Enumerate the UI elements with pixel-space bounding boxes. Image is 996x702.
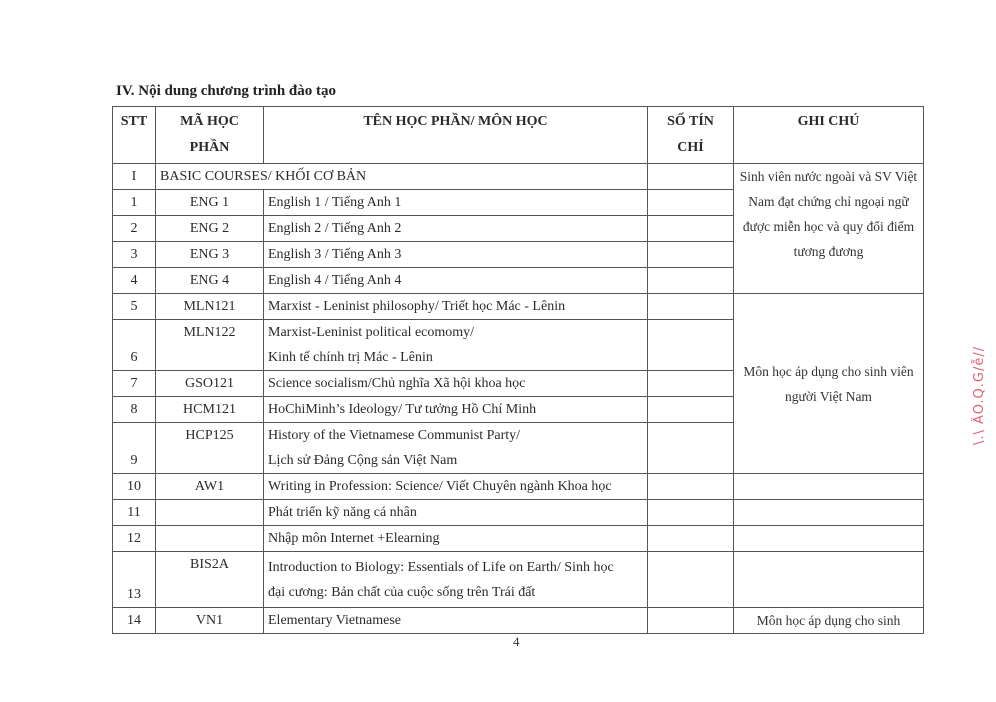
row-credits — [648, 526, 734, 552]
page-number: 4 — [513, 634, 520, 650]
row-credits — [648, 423, 734, 474]
note-language-exemption: Sinh viên nước ngoài và SV Việt Nam đạt … — [734, 164, 924, 294]
row-name: Science socialism/Chủ nghĩa Xã hội khoa … — [264, 371, 648, 397]
row-stt: 12 — [113, 526, 156, 552]
header-course-code-line1: MÃ HỌC — [180, 114, 239, 129]
row-note — [734, 474, 924, 500]
row-code: AW1 — [156, 474, 264, 500]
row-credits — [648, 294, 734, 320]
row-name: Introduction to Biology: Essentials of L… — [264, 552, 648, 608]
table-row: 11 Phát triển kỹ năng cá nhân — [113, 500, 924, 526]
row-name: Elementary Vietnamese — [264, 608, 648, 634]
row-name-line2: Kinh tế chính trị Mác - Lênin — [268, 350, 433, 365]
row-code: MLN122 — [156, 320, 264, 371]
group-stt: I — [113, 164, 156, 190]
row-name-line2: đại cương: Bản chất của cuộc sống trên T… — [268, 585, 535, 600]
table-row: 5 MLN121 Marxist - Leninist philosophy/ … — [113, 294, 924, 320]
header-stt: STT — [113, 107, 156, 164]
row-code: BIS2A — [156, 552, 264, 608]
row-stt: 5 — [113, 294, 156, 320]
row-code: ENG 1 — [156, 190, 264, 216]
row-stt: 11 — [113, 500, 156, 526]
row-name: Marxist - Leninist philosophy/ Triết học… — [264, 294, 648, 320]
header-credits-line2: CHỈ — [677, 140, 703, 155]
row-name-line1: Marxist-Leninist political ecomomy/ — [268, 325, 474, 340]
credits-cell — [648, 164, 734, 190]
group-title: BASIC COURSES/ KHỐI CƠ BẢN — [156, 164, 648, 190]
table-row: 14 VN1 Elementary Vietnamese Môn học áp … — [113, 608, 924, 634]
row-name: History of the Vietnamese Communist Part… — [264, 423, 648, 474]
row-stt: 10 — [113, 474, 156, 500]
row-credits — [648, 320, 734, 371]
row-code: HCM121 — [156, 397, 264, 423]
header-credits: SỐ TÍN CHỈ — [648, 107, 734, 164]
row-note — [734, 552, 924, 608]
row-stt: 14 — [113, 608, 156, 634]
header-course-name: TÊN HỌC PHẦN/ MÔN HỌC — [264, 107, 648, 164]
row-credits — [648, 216, 734, 242]
row-code: ENG 3 — [156, 242, 264, 268]
row-code: VN1 — [156, 608, 264, 634]
curriculum-table: STT MÃ HỌC PHẦN TÊN HỌC PHẦN/ MÔN HỌC SỐ… — [112, 106, 924, 634]
row-stt: 6 — [113, 320, 156, 371]
row-name: Writing in Profession: Science/ Viết Chu… — [264, 474, 648, 500]
header-course-code: MÃ HỌC PHẦN — [156, 107, 264, 164]
row-stt: 7 — [113, 371, 156, 397]
row-credits — [648, 500, 734, 526]
row-name: Phát triển kỹ năng cá nhân — [264, 500, 648, 526]
table-header-row: STT MÃ HỌC PHẦN TÊN HỌC PHẦN/ MÔN HỌC SỐ… — [113, 107, 924, 164]
row-credits — [648, 190, 734, 216]
group-row: I BASIC COURSES/ KHỐI CƠ BẢN Sinh viên n… — [113, 164, 924, 190]
row-note — [734, 526, 924, 552]
row-code: HCP125 — [156, 423, 264, 474]
row-stt: 2 — [113, 216, 156, 242]
table-row: 10 AW1 Writing in Profession: Science/ V… — [113, 474, 924, 500]
row-name: Marxist-Leninist political ecomomy/ Kinh… — [264, 320, 648, 371]
row-note — [734, 500, 924, 526]
row-name: HoChiMinh’s Ideology/ Tư tưởng Hồ Chí Mi… — [264, 397, 648, 423]
table-row: 13 BIS2A Introduction to Biology: Essent… — [113, 552, 924, 608]
row-credits — [648, 552, 734, 608]
row-code: MLN121 — [156, 294, 264, 320]
row-credits — [648, 474, 734, 500]
header-course-code-line2: PHẦN — [190, 140, 230, 155]
row-stt: 1 — [113, 190, 156, 216]
red-stamp-mark: \.\ ÂO.Q.G/ễ// — [972, 335, 994, 445]
row-name: English 3 / Tiếng Anh 3 — [264, 242, 648, 268]
row-code: ENG 2 — [156, 216, 264, 242]
row-stt: 3 — [113, 242, 156, 268]
row-name-line1: History of the Vietnamese Communist Part… — [268, 428, 520, 443]
row-credits — [648, 268, 734, 294]
row-name: English 2 / Tiếng Anh 2 — [264, 216, 648, 242]
header-notes: GHI CHÚ — [734, 107, 924, 164]
row-code — [156, 526, 264, 552]
row-stt: 9 — [113, 423, 156, 474]
row-stt: 13 — [113, 552, 156, 608]
row-code: ENG 4 — [156, 268, 264, 294]
note-vietnamese-students: Môn học áp dụng cho sinh viên người Việt… — [734, 294, 924, 474]
row-credits — [648, 608, 734, 634]
row-credits — [648, 242, 734, 268]
row-stt: 4 — [113, 268, 156, 294]
header-credits-line1: SỐ TÍN — [667, 114, 714, 129]
row-code — [156, 500, 264, 526]
row-name-line2: Lịch sử Đảng Cộng sản Việt Nam — [268, 453, 457, 468]
row-name-line1: Introduction to Biology: Essentials of L… — [268, 560, 614, 575]
row-stt: 8 — [113, 397, 156, 423]
row-credits — [648, 371, 734, 397]
row-name: Nhập môn Internet +Elearning — [264, 526, 648, 552]
table-row: 12 Nhập môn Internet +Elearning — [113, 526, 924, 552]
row-name: English 4 / Tiếng Anh 4 — [264, 268, 648, 294]
row-credits — [648, 397, 734, 423]
section-title: IV. Nội dung chương trình đào tạo — [116, 83, 336, 100]
row-code: GSO121 — [156, 371, 264, 397]
row-note: Môn học áp dụng cho sinh — [734, 608, 924, 634]
row-name: English 1 / Tiếng Anh 1 — [264, 190, 648, 216]
